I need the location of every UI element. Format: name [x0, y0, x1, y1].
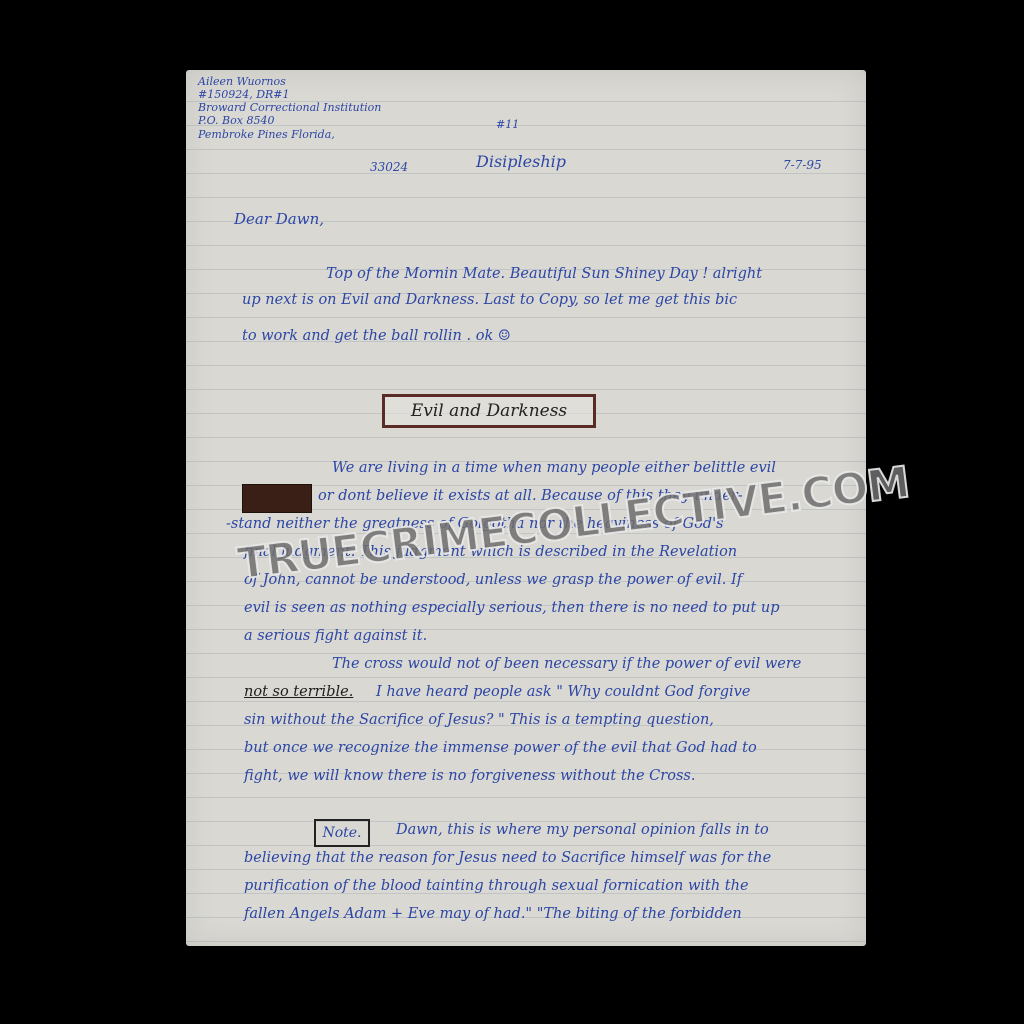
return-address-institution: Broward Correctional Institution [198, 102, 381, 114]
letter-heading: Disipleship [476, 152, 566, 171]
emphasis-underlined: not so terrible. [244, 684, 353, 700]
salutation: Dear Dawn, [234, 210, 324, 228]
cross-line: but once we recognize the immense power … [244, 740, 757, 756]
section-title: Evil and Darkness [411, 401, 567, 421]
note-line: fallen Angels Adam + Eve may of had." "T… [244, 906, 742, 922]
cross-line: The cross would not of been necessary if… [332, 656, 801, 672]
return-address-name: Aileen Wuornos [198, 76, 286, 88]
return-address-zip: 33024 [370, 160, 408, 174]
note-label: Note. [322, 825, 361, 841]
body-line: evil is seen as nothing especially serio… [244, 600, 780, 616]
intro-line: to work and get the ball rollin . ok ☺ [242, 328, 511, 344]
intro-line: Top of the Mornin Mate. Beautiful Sun Sh… [326, 266, 762, 282]
letter-date: 7-7-95 [783, 158, 822, 172]
intro-line: up next is on Evil and Darkness. Last to… [242, 292, 737, 308]
note-label-box: Note. [314, 819, 370, 847]
return-address-inmate-number: #150924, DR#1 [198, 89, 290, 101]
section-title-box: Evil and Darkness [382, 394, 596, 428]
cross-line: fight, we will know there is no forgiven… [244, 768, 695, 784]
note-line: believing that the reason for Jesus need… [244, 850, 771, 866]
body-line: a serious fight against it. [244, 628, 427, 644]
cross-line: I have heard people ask " Why couldnt Go… [376, 684, 750, 700]
body-line: We are living in a time when many people… [332, 460, 776, 476]
return-address-city: Pembroke Pines Florida, [198, 129, 335, 141]
cross-line: sin without the Sacrifice of Jesus? " Th… [244, 712, 714, 728]
return-address-po-box: P.O. Box 8540 [198, 115, 274, 127]
note-line: purification of the blood tainting throu… [244, 878, 749, 894]
note-line: Dawn, this is where my personal opinion … [396, 822, 769, 838]
letter-number: #11 [496, 118, 519, 131]
redaction-block [242, 484, 312, 513]
